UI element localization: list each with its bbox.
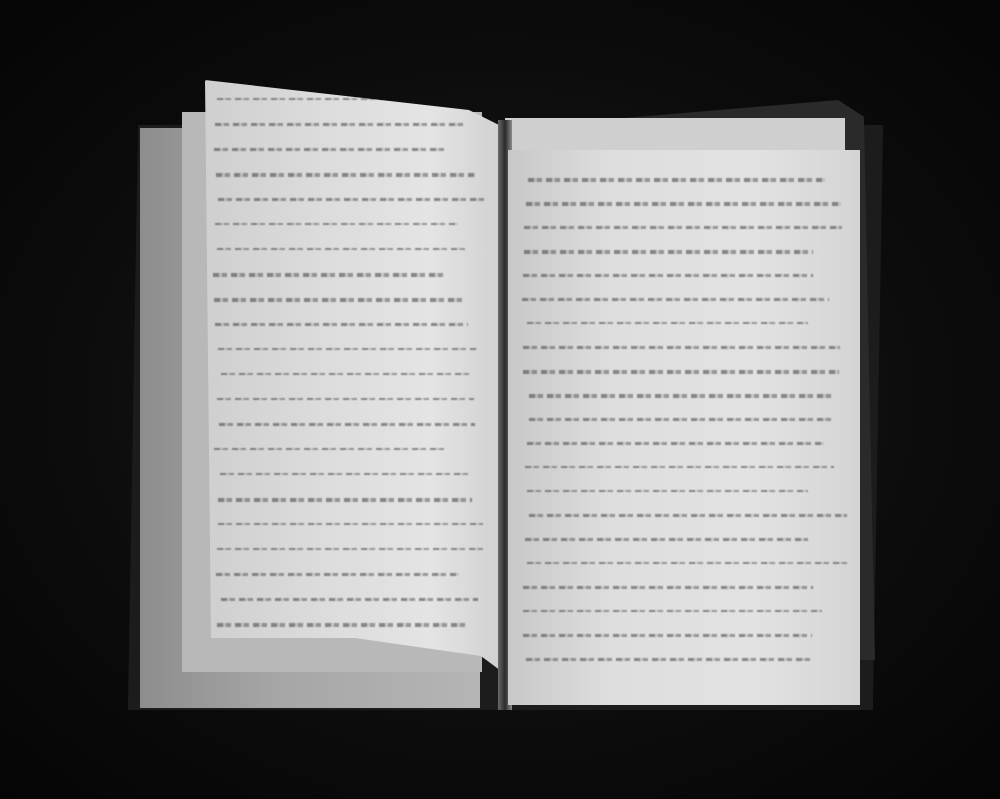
left-page-handwriting xyxy=(205,80,505,680)
handwriting-line xyxy=(219,423,475,426)
handwriting-line xyxy=(217,98,465,100)
handwriting-line xyxy=(217,248,468,250)
handwriting-line xyxy=(215,123,467,126)
handwriting-line xyxy=(524,250,813,254)
handwriting-line xyxy=(523,274,813,277)
handwriting-line xyxy=(529,394,833,398)
handwriting-line xyxy=(215,323,468,326)
handwriting-line xyxy=(523,586,813,589)
open-diary: Black-and-white photograph of an open ha… xyxy=(0,0,1000,799)
handwriting-line xyxy=(214,148,449,151)
handwriting-line xyxy=(522,298,829,301)
handwriting-line xyxy=(524,226,842,229)
handwriting-line xyxy=(529,514,847,517)
handwriting-line xyxy=(214,448,447,450)
handwriting-line xyxy=(216,573,459,576)
handwriting-line xyxy=(527,490,808,492)
handwriting-line xyxy=(523,634,812,637)
handwriting-line xyxy=(527,322,808,324)
handwriting-line xyxy=(525,466,833,468)
handwriting-line xyxy=(220,473,471,475)
handwriting-line xyxy=(526,202,841,206)
handwriting-line xyxy=(527,442,824,445)
handwriting-line xyxy=(217,623,469,627)
handwriting-line xyxy=(527,562,847,564)
handwriting-line xyxy=(523,370,839,374)
handwriting-line xyxy=(221,598,478,601)
handwriting-line xyxy=(217,548,483,550)
right-page xyxy=(508,150,860,705)
handwriting-line xyxy=(218,498,472,502)
handwriting-line xyxy=(526,658,809,661)
handwriting-line xyxy=(217,398,474,400)
handwriting-line xyxy=(221,373,473,375)
handwriting-line xyxy=(525,538,808,541)
image-description: Black-and-white photograph of an open ha… xyxy=(0,0,1,1)
handwriting-line xyxy=(215,223,458,225)
handwriting-line xyxy=(529,418,832,421)
handwriting-line xyxy=(523,346,839,349)
handwriting-line xyxy=(218,523,483,525)
handwriting-line xyxy=(216,173,475,177)
handwriting-line xyxy=(218,348,477,350)
handwriting-line xyxy=(528,178,825,182)
right-page-handwriting xyxy=(508,150,860,705)
left-page xyxy=(205,80,505,680)
handwriting-line xyxy=(214,298,466,302)
handwriting-line xyxy=(218,198,485,201)
handwriting-line xyxy=(213,273,445,277)
handwriting-line xyxy=(523,610,822,612)
